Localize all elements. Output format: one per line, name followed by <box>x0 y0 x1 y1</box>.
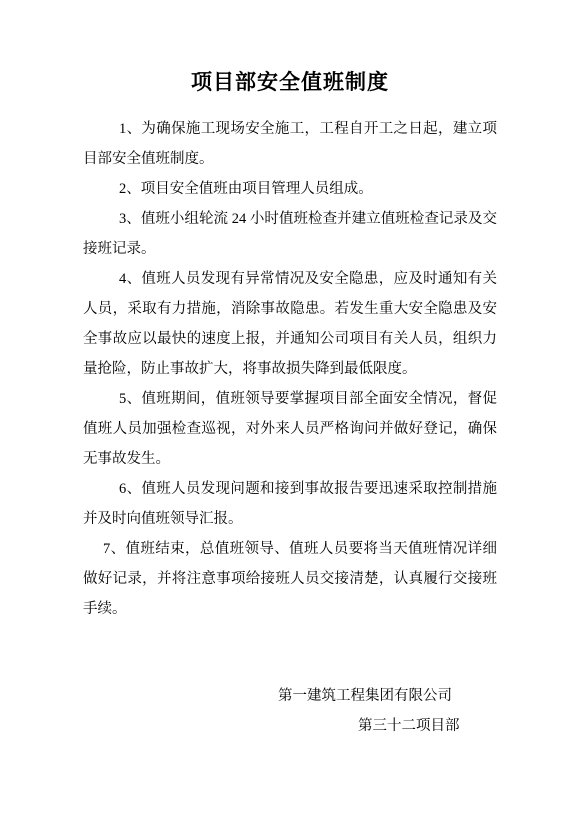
paragraph-3: 3、值班小组轮流 24 小时值班检查并建立值班检查记录及交接班记录。 <box>83 204 497 264</box>
document-page: 项目部安全值班制度 1、为确保施工现场安全施工，工程自开工之日起，建立项目部安全… <box>0 0 579 825</box>
paragraph-1: 1、为确保施工现场安全施工，工程自开工之日起，建立项目部安全值班制度。 <box>83 114 497 174</box>
document-title: 项目部安全值班制度 <box>83 0 497 100</box>
paragraph-6: 6、值班人员发现问题和接到事故报告要迅速采取控制措施并及时向值班领导汇报。 <box>83 474 497 534</box>
signature-department: 第三十二项目部 <box>358 711 497 741</box>
paragraph-2: 2、项目安全值班由项目管理人员组成。 <box>83 174 497 204</box>
signature-block: 第一建筑工程集团有限公司 第三十二项目部 <box>83 681 497 741</box>
document-body: 1、为确保施工现场安全施工，工程自开工之日起，建立项目部安全值班制度。 2、项目… <box>83 114 497 624</box>
paragraph-5: 5、值班期间，值班领导要掌握项目部全面安全情况，督促值班人员加强检查巡视，对外来… <box>83 384 497 474</box>
paragraph-4: 4、值班人员发现有异常情况及安全隐患，应及时通知有关人员，采取有力措施，消除事故… <box>83 264 497 384</box>
signature-company: 第一建筑工程集团有限公司 <box>278 681 497 711</box>
paragraph-7: 7、值班结束，总值班领导、值班人员要将当天值班情况详细做好记录，并将注意事项给接… <box>83 534 497 624</box>
document-content: 项目部安全值班制度 1、为确保施工现场安全施工，工程自开工之日起，建立项目部安全… <box>0 0 579 741</box>
